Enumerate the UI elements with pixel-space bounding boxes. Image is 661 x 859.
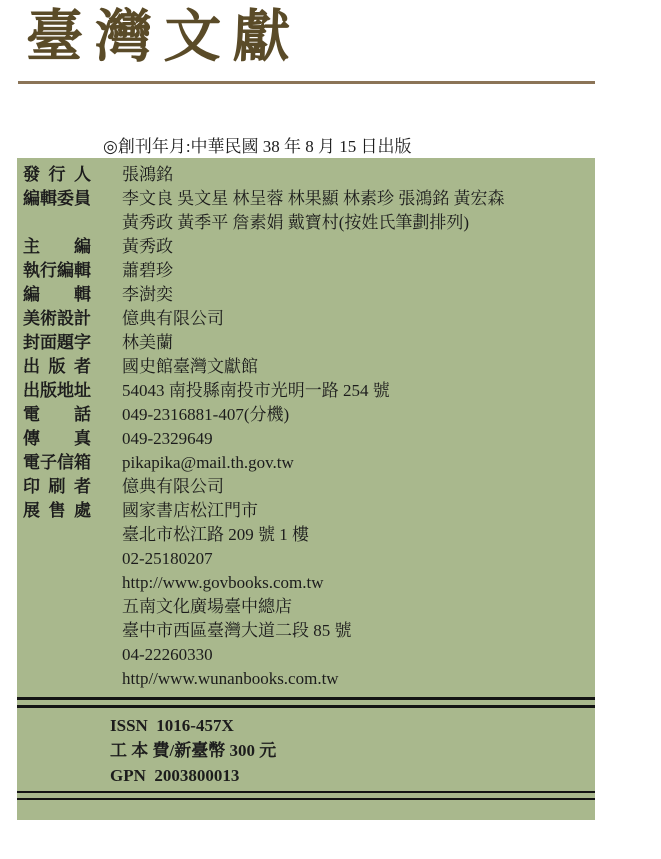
field-value: 國史館臺灣文獻館 xyxy=(122,355,595,379)
field-label: 編輯委員 xyxy=(23,187,91,211)
outlet-phone: 04-22260330 xyxy=(122,643,595,667)
outlet-url: http://www.govbooks.com.tw xyxy=(122,571,595,595)
row-publisher-person: 發 行 人 張鴻銘 xyxy=(23,163,595,187)
journal-title-calligraphy: 臺灣文獻 xyxy=(25,2,304,74)
field-label: 執行編輯 xyxy=(23,259,91,283)
title-underline-rule xyxy=(18,81,595,84)
row-editor: 編 輯 李澍奕 xyxy=(23,283,595,307)
row-sales-outlets: 展 售 處 國家書店松江門市 臺北市松江路 209 號 1 樓 02-25180… xyxy=(23,499,595,691)
row-executive-editor: 執行編輯 蕭碧珍 xyxy=(23,259,595,283)
meta-line-founded: ◎創刊年月:中華民國 38 年 8 月 15 日出版 xyxy=(103,135,412,158)
colophon-rows: 發 行 人 張鴻銘 編輯委員 李文良 吳文星 林呈蓉 林果顯 林素珍 張鴻銘 黃… xyxy=(17,158,595,691)
field-label: 出 版 者 xyxy=(23,355,91,379)
gpn-line: GPN 2003800013 xyxy=(110,763,595,788)
field-value: 049-2329649 xyxy=(122,427,595,451)
price-line: 工 本 費/新臺幣 300 元 xyxy=(110,738,595,763)
outlet-phone: 02-25180207 xyxy=(122,547,595,571)
row-fax: 傳 真 049-2329649 xyxy=(23,427,595,451)
separator-double-rule-top xyxy=(17,697,595,708)
outlet-name: 五南文化廣場臺中總店 xyxy=(122,595,595,619)
field-value: 049-2316881-407(分機) xyxy=(122,403,595,427)
outlet-address: 臺北市松江路 209 號 1 樓 xyxy=(122,523,595,547)
row-publisher-address: 出版地址 54043 南投縣南投市光明一路 254 號 xyxy=(23,379,595,403)
colophon-panel: 發 行 人 張鴻銘 編輯委員 李文良 吳文星 林呈蓉 林果顯 林素珍 張鴻銘 黃… xyxy=(17,158,595,820)
row-telephone: 電 話 049-2316881-407(分機) xyxy=(23,403,595,427)
field-label: 主 編 xyxy=(23,235,91,259)
field-label: 發 行 人 xyxy=(23,163,91,187)
field-value: 億典有限公司 xyxy=(122,307,595,331)
issn-line: ISSN 1016-457X xyxy=(110,713,595,738)
row-cover-calligraphy: 封面題字 林美蘭 xyxy=(23,331,595,355)
field-label: 出版地址 xyxy=(23,379,91,403)
field-value: 李澍奕 xyxy=(122,283,595,307)
separator-double-rule-bottom xyxy=(17,791,595,800)
outlet-address: 臺中市西區臺灣大道二段 85 號 xyxy=(122,619,595,643)
row-art-design: 美術設計 億典有限公司 xyxy=(23,307,595,331)
row-publisher-org: 出 版 者 國史館臺灣文獻館 xyxy=(23,355,595,379)
field-value: 張鴻銘 xyxy=(122,163,595,187)
row-chief-editor: 主 編 黃秀政 xyxy=(23,235,595,259)
field-value: 李文良 吳文星 林呈蓉 林果顯 林素珍 張鴻銘 黃宏森 xyxy=(122,187,595,211)
email-value: pikapika@mail.th.gov.tw xyxy=(122,451,595,475)
field-value: 億典有限公司 xyxy=(122,475,595,499)
row-printer: 印 刷 者 億典有限公司 xyxy=(23,475,595,499)
field-label: 印 刷 者 xyxy=(23,475,91,499)
row-editorial-committee: 編輯委員 李文良 吳文星 林呈蓉 林果顯 林素珍 張鴻銘 黃宏森 黃秀政 黃季平… xyxy=(23,187,595,235)
field-value: 黃秀政 xyxy=(122,235,595,259)
outlet-url: http//www.wunanbooks.com.tw xyxy=(122,667,595,691)
panel-footer: ISSN 1016-457X 工 本 費/新臺幣 300 元 GPN 20038… xyxy=(17,708,595,788)
field-label: 電 話 xyxy=(23,403,91,427)
field-label: 展 售 處 xyxy=(23,499,91,523)
field-value: 黃秀政 黃季平 詹素娟 戴寶村(按姓氏筆劃排列) xyxy=(122,211,595,235)
field-value: 林美蘭 xyxy=(122,331,595,355)
field-label: 美術設計 xyxy=(23,307,91,331)
row-email: 電子信箱 pikapika@mail.th.gov.tw xyxy=(23,451,595,475)
field-label: 封面題字 xyxy=(23,331,91,355)
field-value: 54043 南投縣南投市光明一路 254 號 xyxy=(122,379,595,403)
field-label: 編 輯 xyxy=(23,283,91,307)
field-label: 電子信箱 xyxy=(23,451,91,475)
outlet-name: 國家書店松江門市 xyxy=(122,499,595,523)
field-label: 傳 真 xyxy=(23,427,91,451)
field-value: 蕭碧珍 xyxy=(122,259,595,283)
